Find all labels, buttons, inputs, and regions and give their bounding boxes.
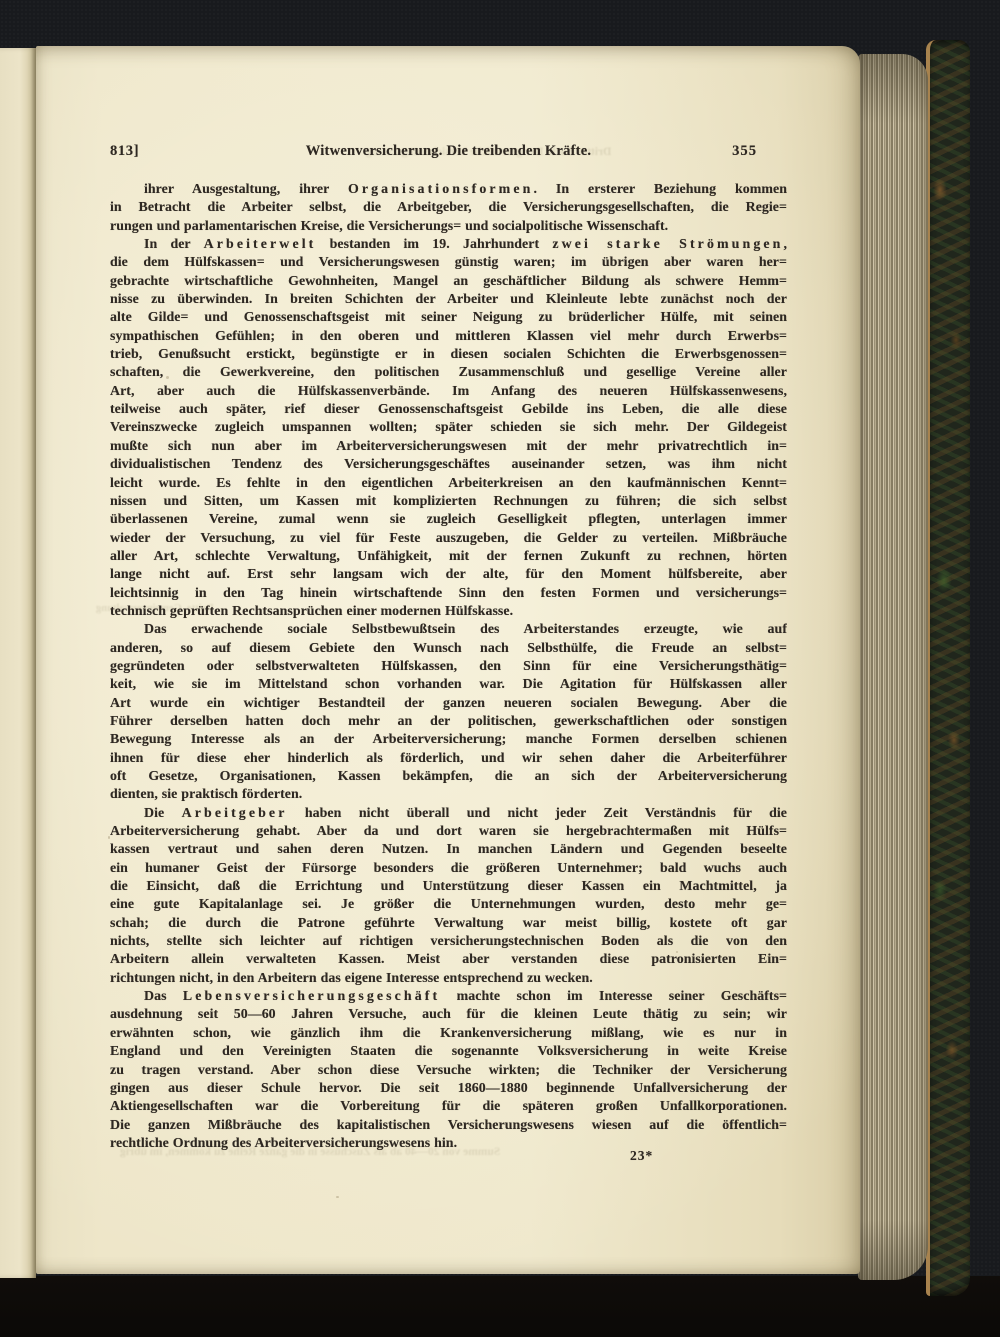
text-segment: leicht wurde. Es fehlte in den eigentlic…	[110, 476, 787, 491]
text-segment: . In ersterer Beziehung kommen	[533, 182, 787, 197]
text-line: nichts, stellte sich leichter auf richti…	[110, 933, 787, 951]
text-line: lange nicht auf. Erst sehr langsam wich …	[110, 566, 787, 584]
text-line: überlassenen Vereine, zumal wenn sie zug…	[110, 511, 787, 529]
text-segment: trieb, Genußsucht erstickt, begünstigte …	[110, 347, 787, 362]
paragraph: Die Arbeitgeber haben nicht überall und …	[110, 805, 787, 988]
text-segment: gegründeten oder selbstverwalteten Hülfs…	[110, 659, 787, 674]
text-line: die Einsicht, daß die Errichtung und Unt…	[110, 878, 787, 896]
text-line: zu tragen verstand. Aber schon diese Ver…	[110, 1062, 787, 1080]
text-segment: kassen vertraut und sahen deren Nutzen. …	[110, 842, 787, 857]
text-line: Art, aber auch die Hülfskassenverbände. …	[110, 383, 787, 401]
text-line: Führer derselben hatten doch mehr an der…	[110, 713, 787, 731]
text-segment: aller Art, schlechte Verwaltung, Unfähig…	[110, 549, 787, 564]
text-segment: nisse zu überwinden. In breiten Schichte…	[110, 292, 787, 307]
text-line: dividualistischen Tendenz des Versicheru…	[110, 456, 787, 474]
text-line: In der Arbeiterwelt bestanden im 19. Jah…	[110, 236, 787, 254]
text-line: Bewegung Interesse als an der Arbeiterve…	[110, 731, 787, 749]
book-page: Drittes Buch. Der gesetzliche Versicheru…	[36, 46, 860, 1274]
text-segment: England und den Vereinigten Staaten die …	[110, 1044, 787, 1059]
text-segment: die Einsicht, daß die Errichtung und Unt…	[110, 879, 787, 894]
text-line: sympathischen Gefühlen; in den oberen un…	[110, 328, 787, 346]
emphasized-text: Arbeiterwelt	[204, 237, 317, 252]
paragraph: Das Lebensversicherungsgeschäft machte s…	[110, 988, 787, 1153]
text-line: nissen und Sitten, um Kassen mit kompliz…	[110, 493, 787, 511]
text-line: in Betracht die Arbeiter selbst, die Arb…	[110, 199, 787, 217]
emphasized-text: Lebensversicherungsgeschäft	[183, 989, 440, 1004]
text-segment: in Betracht die Arbeiter selbst, die Arb…	[110, 200, 787, 215]
text-line: aller Art, schlechte Verwaltung, Unfähig…	[110, 548, 787, 566]
page-block-fore-edge	[858, 54, 928, 1280]
text-segment: machte schon im Interesse seiner Geschäf…	[440, 989, 787, 1004]
paragraph: In der Arbeiterwelt bestanden im 19. Jah…	[110, 236, 787, 621]
text-line: teilweise auch später, rief dieser Genos…	[110, 401, 787, 419]
text-segment: gebrachte wirtschaftliche Gewohnheiten, …	[110, 274, 787, 289]
text-segment: teilweise auch später, rief dieser Genos…	[110, 402, 787, 417]
text-segment: technisch geprüften Rechtsansprüchen ein…	[110, 604, 513, 619]
text-segment: schaften, die Gewerkvereine, den politis…	[110, 365, 787, 380]
text-segment: Aktiengesellschaften war die Vorbereitun…	[110, 1099, 787, 1114]
text-line: die dem Hülfskassen= und Versicherungswe…	[110, 254, 787, 272]
text-line: Das Lebensversicherungsgeschäft machte s…	[110, 988, 787, 1006]
text-segment: In der	[144, 237, 204, 252]
body-text: ihrer Ausgestaltung, ihrer Organisations…	[110, 181, 787, 1153]
text-line: Das erwachende sociale Selbstbewußtsein …	[110, 621, 787, 639]
text-segment: nichts, stellte sich leichter auf richti…	[110, 934, 787, 949]
text-segment: anderen, so auf diesem Gebiete den Wunsc…	[110, 641, 787, 656]
text-segment: überlassenen Vereine, zumal wenn sie zug…	[110, 512, 787, 527]
text-segment: gingen aus dieser Schule hervor. Die sei…	[110, 1081, 787, 1096]
text-segment: rechtliche Ordnung des Arbeiterversicher…	[110, 1136, 457, 1151]
text-line: erwähnten schon, wie gänzlich ihm die Kr…	[110, 1025, 787, 1043]
text-line: eine gute Kapitalanlage sei. Je größer d…	[110, 896, 787, 914]
book-cover-fore-edge	[926, 40, 970, 1296]
text-segment: haben nicht überall und nicht jeder Zeit…	[287, 806, 787, 821]
text-line: ein humaner Geist der Fürsorge besonders…	[110, 860, 787, 878]
text-line: Aktiengesellschaften war die Vorbereitun…	[110, 1098, 787, 1116]
text-line: dienten, sie praktisch förderten.	[110, 786, 787, 804]
text-line: Arbeiterversicherung gehabt. Aber da und…	[110, 823, 787, 841]
text-line: keit, wie sie im Mittelstand schon vorha…	[110, 676, 787, 694]
text-segment: nissen und Sitten, um Kassen mit kompliz…	[110, 494, 787, 509]
paragraph: ihrer Ausgestaltung, ihrer Organisations…	[110, 181, 787, 236]
text-line: schaften, die Gewerkvereine, den politis…	[110, 364, 787, 382]
text-segment: ein humaner Geist der Fürsorge besonders…	[110, 861, 787, 876]
text-segment: leichtsinnig in den Tag hinein wirtschaf…	[110, 586, 787, 601]
text-line: kassen vertraut und sahen deren Nutzen. …	[110, 841, 787, 859]
text-line: rungen und parlamentarischen Kreise, die…	[110, 218, 787, 236]
text-line: gebrachte wirtschaftliche Gewohnheiten, …	[110, 273, 787, 291]
text-line: Art wurde ein wichtiger Bestandteil der …	[110, 695, 787, 713]
text-segment: Arbeiterversicherung gehabt. Aber da und…	[110, 824, 787, 839]
text-segment: sympathischen Gefühlen; in den oberen un…	[110, 329, 787, 344]
text-line: alte Gilde= und Genossenschaftsgeist mit…	[110, 309, 787, 327]
text-segment: Art, aber auch die Hülfskassenverbände. …	[110, 384, 787, 399]
text-line: richtungen nicht, in den Arbeitern das e…	[110, 970, 787, 988]
text-line: leichtsinnig in den Tag hinein wirtschaf…	[110, 585, 787, 603]
text-block: 813] Witwenversicherung. Die treibenden …	[110, 142, 787, 1153]
text-segment: ihnen für diese eher hinderlich als förd…	[110, 751, 787, 766]
text-segment: Bewegung Interesse als an der Arbeiterve…	[110, 732, 787, 747]
text-segment: dienten, sie praktisch förderten.	[110, 787, 302, 802]
text-segment: ihrer Ausgestaltung, ihrer	[144, 182, 348, 197]
emphasized-text: Arbeitgeber	[182, 806, 288, 821]
text-segment: Führer derselben hatten doch mehr an der…	[110, 714, 787, 729]
text-line: anderen, so auf diesem Gebiete den Wunsc…	[110, 640, 787, 658]
text-segment: lange nicht auf. Erst sehr langsam wich …	[110, 567, 787, 582]
text-line: ihnen für diese eher hinderlich als förd…	[110, 750, 787, 768]
text-line: England und den Vereinigten Staaten die …	[110, 1043, 787, 1061]
text-line: wieder der Versuchung, zu viel für Feste…	[110, 530, 787, 548]
text-line: oft Gesetze, Organisationen, Kassen bekä…	[110, 768, 787, 786]
text-segment: oft Gesetze, Organisationen, Kassen bekä…	[110, 769, 787, 784]
page-header: 813] Witwenversicherung. Die treibenden …	[110, 142, 787, 160]
header-running-title: Witwenversicherung. Die treibenden Kräft…	[230, 142, 667, 160]
text-line: ihrer Ausgestaltung, ihrer Organisations…	[110, 181, 787, 199]
text-line: Die Arbeitgeber haben nicht überall und …	[110, 805, 787, 823]
header-signature-number: 813]	[110, 142, 230, 160]
text-segment: rungen und parlamentarischen Kreise, die…	[110, 219, 668, 234]
text-line: Die ganzen Mißbräuche des kapitalistisch…	[110, 1117, 787, 1135]
emphasized-text: zwei starke Strömungen	[552, 237, 783, 252]
text-segment: schah; die durch die Patrone geführte Ve…	[110, 916, 787, 931]
text-line: Arbeitern allein verwalteten Kassen. Mei…	[110, 951, 787, 969]
paper-speck	[336, 1196, 339, 1198]
text-segment: Art wurde ein wichtiger Bestandteil der …	[110, 696, 787, 711]
text-line: gegründeten oder selbstverwalteten Hülfs…	[110, 658, 787, 676]
header-folio-number: 355	[667, 142, 787, 160]
text-segment: Das erwachende sociale Selbstbewußtsein …	[144, 622, 787, 637]
text-segment: Die ganzen Mißbräuche des kapitalistisch…	[110, 1118, 787, 1133]
text-line: schah; die durch die Patrone geführte Ve…	[110, 915, 787, 933]
text-segment: zu tragen verstand. Aber schon diese Ver…	[110, 1063, 787, 1078]
facing-page-edge	[0, 48, 36, 1278]
text-line: nisse zu überwinden. In breiten Schichte…	[110, 291, 787, 309]
text-segment: ,	[783, 237, 787, 252]
text-segment: die dem Hülfskassen= und Versicherungswe…	[110, 255, 787, 270]
text-segment: dividualistischen Tendenz des Versicheru…	[110, 457, 787, 472]
text-segment: ausdehnung seit 50—60 Jahren Versuche, a…	[110, 1007, 787, 1022]
text-segment: Die	[144, 806, 182, 821]
footer-signature-mark: 23*	[630, 1148, 653, 1164]
text-segment: bestanden im 19. Jahrhundert	[316, 237, 552, 252]
text-line: mußte sich nun aber im Arbeiterversicher…	[110, 438, 787, 456]
text-line: trieb, Genußsucht erstickt, begünstigte …	[110, 346, 787, 364]
text-segment: mußte sich nun aber im Arbeiterversicher…	[110, 439, 787, 454]
text-segment: alte Gilde= und Genossenschaftsgeist mit…	[110, 310, 787, 325]
text-line: rechtliche Ordnung des Arbeiterversicher…	[110, 1135, 787, 1153]
text-segment: eine gute Kapitalanlage sei. Je größer d…	[110, 897, 787, 912]
paragraph: Das erwachende sociale Selbstbewußtsein …	[110, 621, 787, 804]
emphasized-text: Organisationsformen	[348, 182, 533, 197]
text-line: gingen aus dieser Schule hervor. Die sei…	[110, 1080, 787, 1098]
photo-backdrop-bottom-shadow	[0, 1276, 1000, 1337]
text-line: technisch geprüften Rechtsansprüchen ein…	[110, 603, 787, 621]
text-segment: richtungen nicht, in den Arbeitern das e…	[110, 971, 593, 986]
text-segment: Arbeitern allein verwalteten Kassen. Mei…	[110, 952, 787, 967]
text-segment: keit, wie sie im Mittelstand schon vorha…	[110, 677, 787, 692]
text-segment: Vereinszwecke zugleich umspannen wollten…	[110, 420, 787, 435]
text-line: leicht wurde. Es fehlte in den eigentlic…	[110, 475, 787, 493]
text-line: Vereinszwecke zugleich umspannen wollten…	[110, 419, 787, 437]
text-segment: Das	[144, 989, 183, 1004]
text-line: ausdehnung seit 50—60 Jahren Versuche, a…	[110, 1006, 787, 1024]
text-segment: erwähnten schon, wie gänzlich ihm die Kr…	[110, 1026, 787, 1041]
text-segment: wieder der Versuchung, zu viel für Feste…	[110, 531, 787, 546]
